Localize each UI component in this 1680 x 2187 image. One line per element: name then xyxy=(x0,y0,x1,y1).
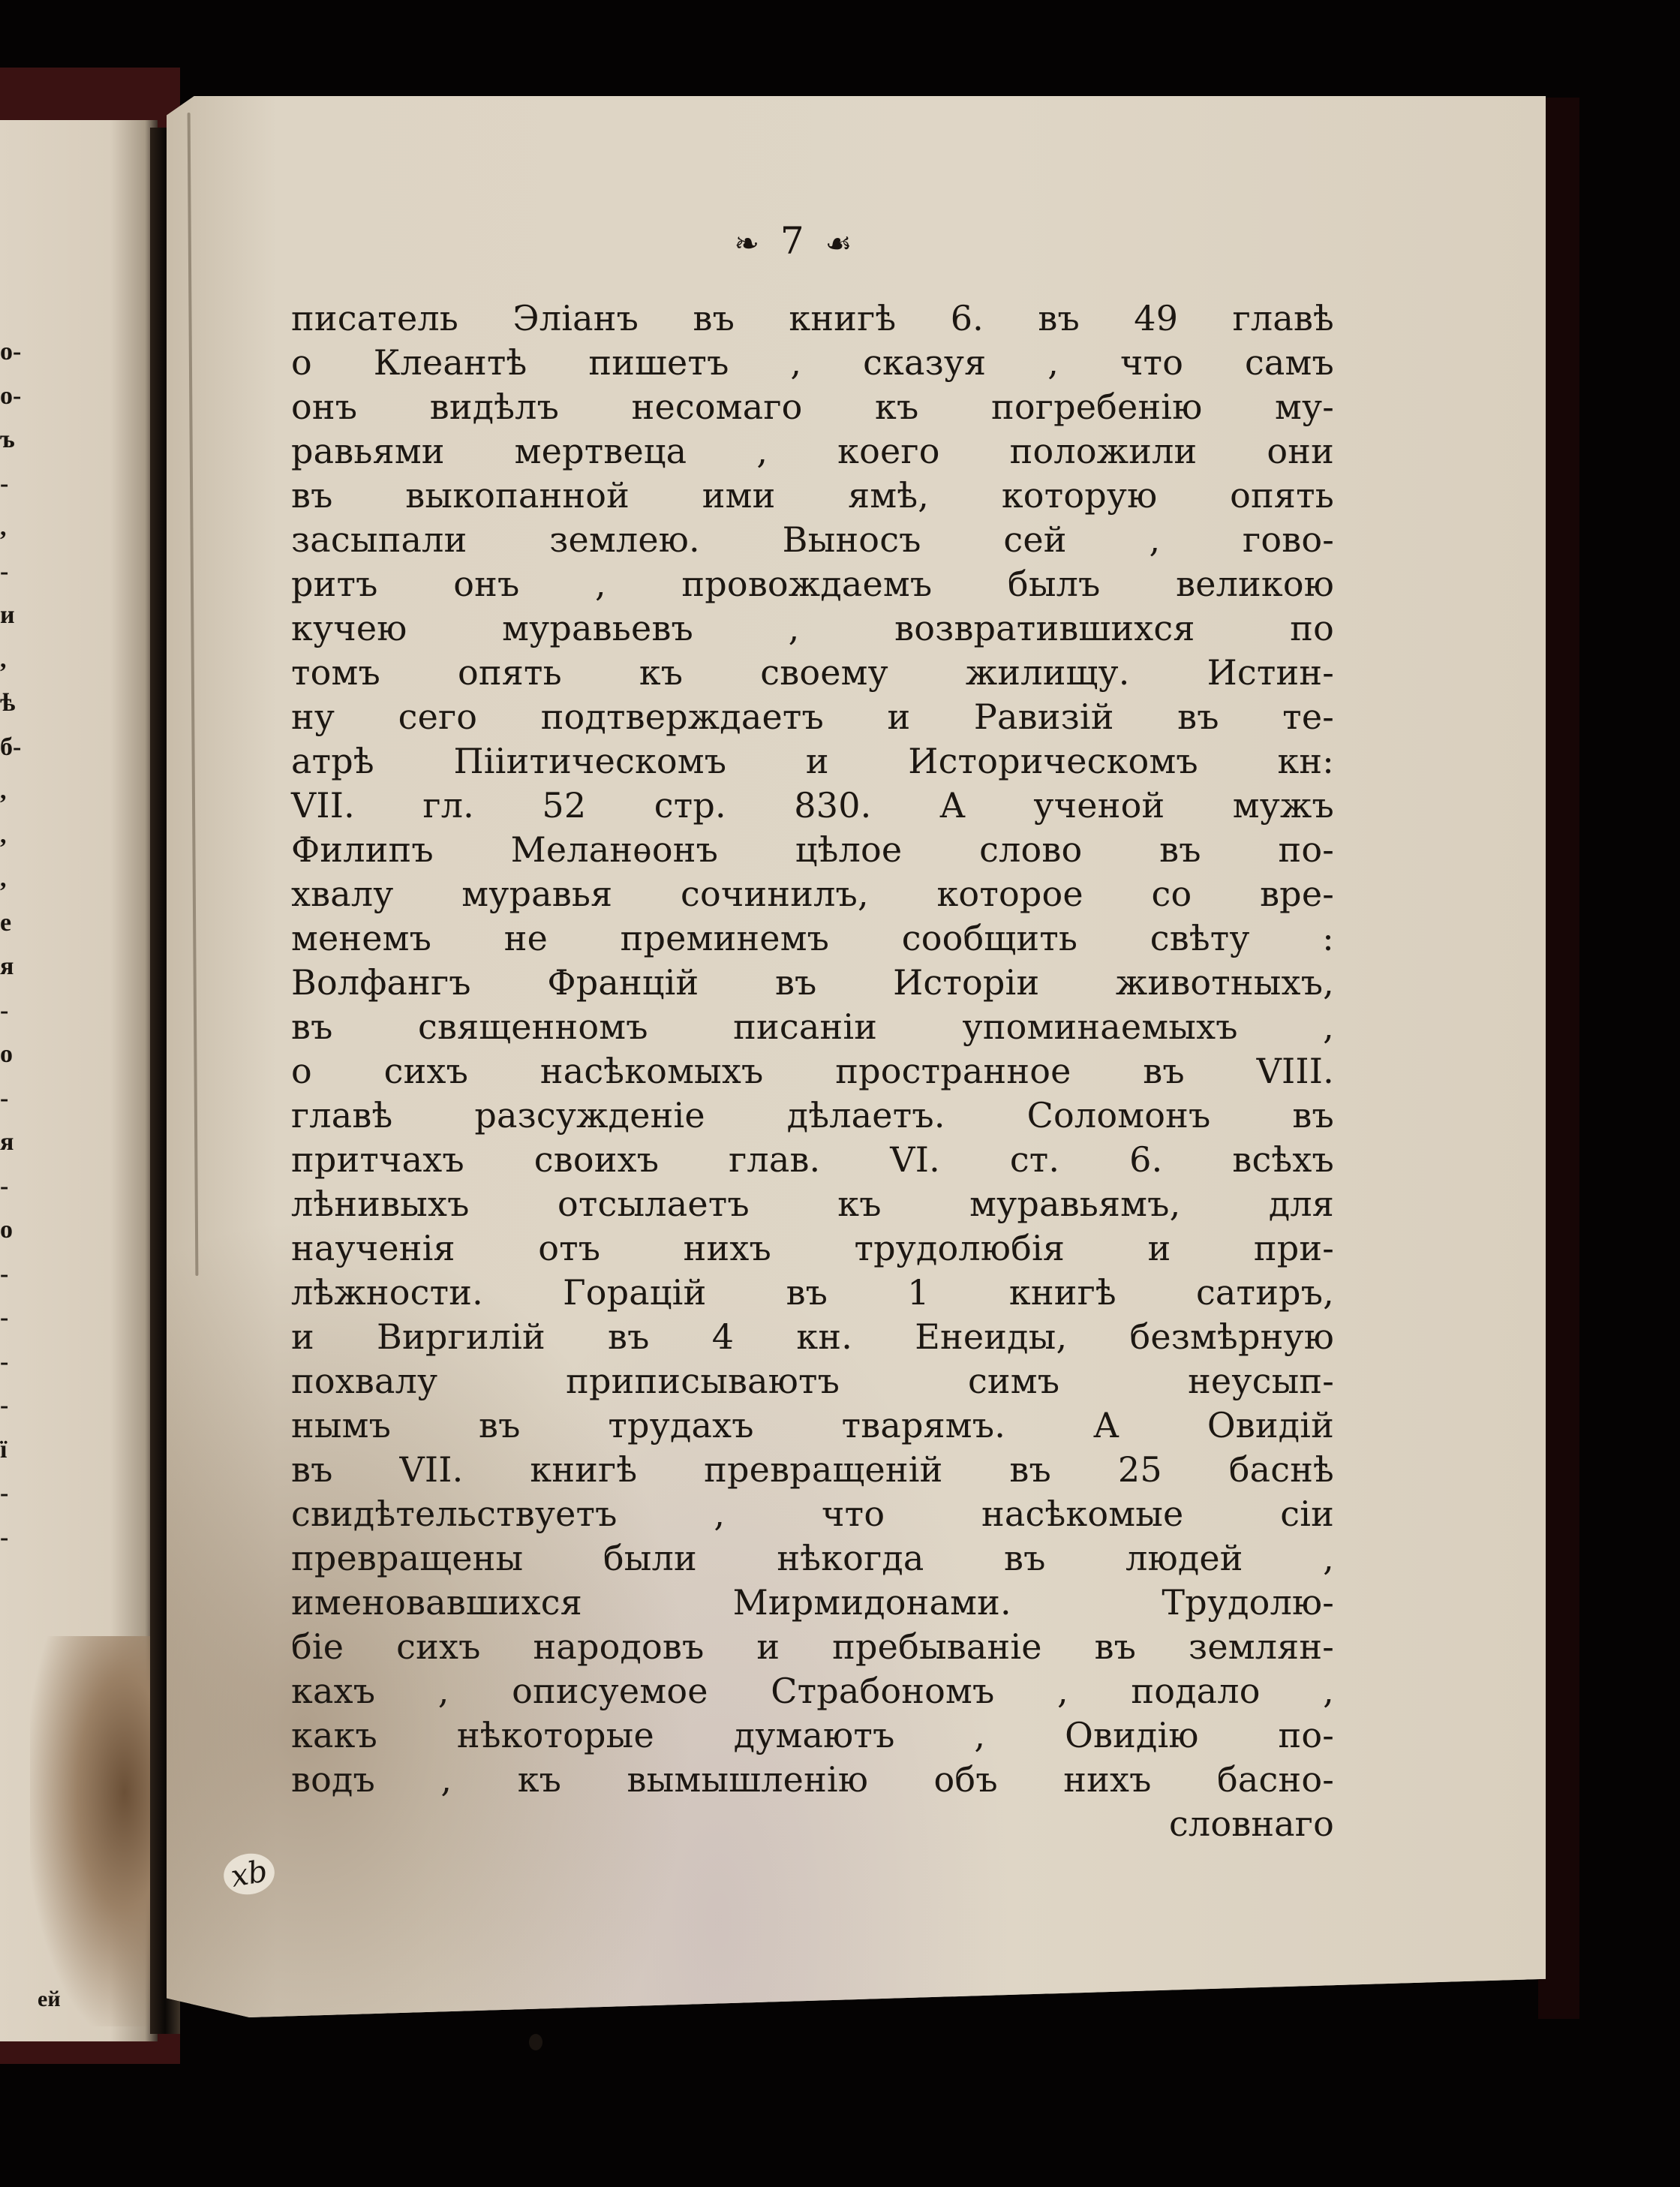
text-line: главѣ разсужденіе дѣлаетъ. Соломонъ въ xyxy=(291,1093,1334,1138)
facing-page-fragment: , xyxy=(0,814,30,858)
text-line: наученія отъ нихъ трудолюбія и при- xyxy=(291,1226,1334,1271)
text-line: біе сихъ народовъ и пребываніе въ землян… xyxy=(291,1625,1334,1669)
text-line: и Виргилій въ 4 кн. Енеиды, безмѣрную xyxy=(291,1315,1334,1359)
body-text: писатель Эліанъ въ книгѣ 6. въ 49 главѣо… xyxy=(291,296,1334,1846)
facing-page-fragment: - xyxy=(0,462,30,507)
text-line: ритъ онъ , провождаемъ былъ великою xyxy=(291,562,1334,606)
running-head: ❧ 7 ☙ xyxy=(675,219,915,263)
facing-page-fragment: - xyxy=(0,989,30,1033)
text-line: лѣнивыхъ отсылаетъ къ муравьямъ, для xyxy=(291,1182,1334,1226)
facing-page-fragment: - xyxy=(0,1340,30,1385)
text-line: хвалу муравья сочинилъ, которое со вре- xyxy=(291,872,1334,916)
facing-page-fragment: ї xyxy=(0,1428,30,1473)
facing-page-fragment: , xyxy=(0,857,30,901)
text-line: въ священномъ писаніи упоминаемыхъ , xyxy=(291,1005,1334,1049)
facing-page-fragment: о- xyxy=(0,375,30,419)
facing-page-fragment: , xyxy=(0,506,30,550)
ornament-right-icon: ☙ xyxy=(825,227,857,261)
text-line: лѣжности. Горацій въ 1 книгѣ сатиръ, xyxy=(291,1271,1334,1315)
text-line: словнаго xyxy=(291,1802,1334,1846)
text-line: какъ нѣкоторые думаютъ , Овидію по- xyxy=(291,1713,1334,1758)
facing-page-fragment: - xyxy=(0,1516,30,1560)
facing-page-fragment: - xyxy=(0,1165,30,1209)
text-line: кахъ , описуемое Страбономъ , подало , xyxy=(291,1669,1334,1713)
text-line: водъ , къ вымышленію объ нихъ басно- xyxy=(291,1758,1334,1802)
text-line: въ выкопанной ими ямѣ, которую опять xyxy=(291,474,1334,518)
text-line: свидѣтельствуетъ , что насѣкомые сіи xyxy=(291,1492,1334,1536)
text-line: превращены были нѣкогда въ людей , xyxy=(291,1536,1334,1581)
ornament-left-icon: ❧ xyxy=(735,227,765,261)
facing-page-fragment: - xyxy=(0,1472,30,1516)
facing-page-fragment: , xyxy=(0,638,30,682)
text-line: нымъ въ трудахъ тварямъ. А Овидій xyxy=(291,1403,1334,1448)
facing-page-fragment: ѣ xyxy=(0,681,30,726)
text-line: притчахъ своихъ глав. VI. ст. 6. всѣхъ xyxy=(291,1138,1334,1182)
facing-page-fragment: - xyxy=(0,1296,30,1340)
text-line: онъ видѣлъ несомаго къ погребенію му- xyxy=(291,385,1334,429)
text-line: въ VII. книгѣ превращеній въ 25 баснѣ xyxy=(291,1448,1334,1492)
text-line: Волфангъ Францій въ Исторіи животныхъ, xyxy=(291,961,1334,1005)
facing-page-fragment: - xyxy=(0,1077,30,1121)
text-line: о Клеантѣ пишетъ , сказуя , что самъ xyxy=(291,341,1334,385)
text-line: именовавшихся Мирмидонами. Трудолю- xyxy=(291,1581,1334,1625)
facing-page-fragment: я xyxy=(0,1121,30,1165)
facing-page-fragment: - xyxy=(0,1384,30,1428)
page-number: 7 xyxy=(780,219,809,263)
facing-page-fragment: я xyxy=(0,945,30,989)
text-line: атрѣ Пііитическомъ и Историческомъ кн: xyxy=(291,739,1334,784)
facing-page-fragment: о- xyxy=(0,330,30,375)
facing-page-fragment: б- xyxy=(0,726,30,770)
facing-page-fragment: и xyxy=(0,594,30,638)
facing-page-fragment: о xyxy=(0,1033,30,1077)
text-line: писатель Эліанъ въ книгѣ 6. въ 49 главѣ xyxy=(291,296,1334,341)
ink-blot xyxy=(529,2034,542,2050)
text-line: Филипъ Меланѳонъ цѣлое слово въ по- xyxy=(291,828,1334,872)
text-line: равьями мертвеца , коего положили они xyxy=(291,429,1334,474)
facing-page-fragment: , xyxy=(0,769,30,814)
page-damage-stain xyxy=(30,1636,165,2026)
facing-page-fragment: ъ xyxy=(0,418,30,462)
text-line: кучею муравьевъ , возвратившихся по xyxy=(291,606,1334,651)
text-line: менемъ не преминемъ сообщить свѣту : xyxy=(291,916,1334,961)
text-line: томъ опять къ своему жилищу. Истин- xyxy=(291,651,1334,695)
text-line: VII. гл. 52 стр. 830. А ученой мужъ xyxy=(291,784,1334,828)
facing-page-fragment: - xyxy=(0,1253,30,1297)
facing-page-fragment: ей xyxy=(38,1978,61,2022)
text-line: похвалу приписываютъ симъ неусып- xyxy=(291,1359,1334,1403)
facing-page-fragment: е xyxy=(0,901,30,946)
text-line: засыпали землею. Выносъ сей , гово- xyxy=(291,518,1334,562)
facing-page-fragment: о xyxy=(0,1208,30,1253)
text-line: ну сего подтверждаетъ и Равизій въ те- xyxy=(291,695,1334,739)
facing-page-text-fragments: о-о-ъ-,-и,ѣб-,,,ея-о-я-о----ї--ей xyxy=(0,330,30,1560)
facing-page-fragment: - xyxy=(0,550,30,594)
text-line: о сихъ насѣкомыхъ пространное въ VIII. xyxy=(291,1049,1334,1093)
